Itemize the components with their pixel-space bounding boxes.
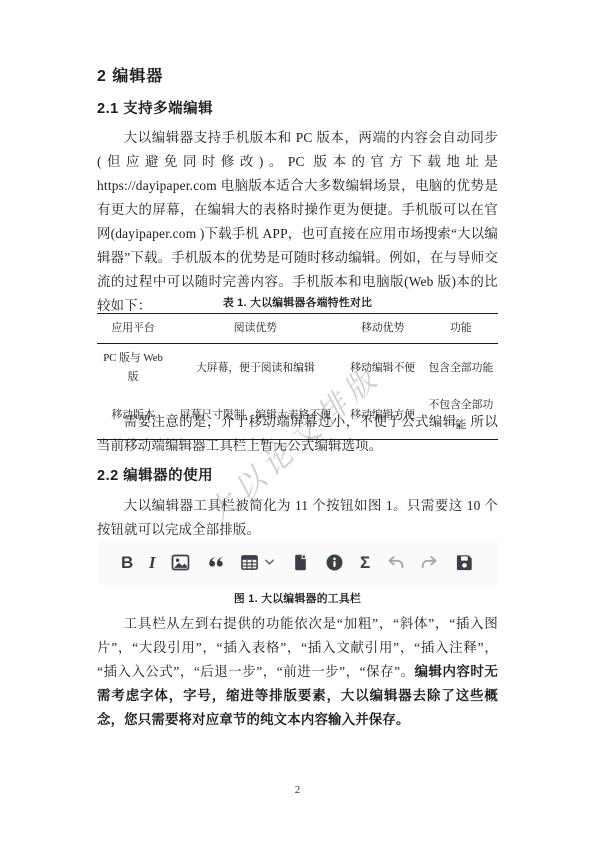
blockquote-icon [206,553,225,572]
insert-table-group [240,553,275,572]
section-2-1-paragraph: 大以编辑器支持手机版本和 PC 版本，两端的内容会自动同步(但应避免同时修改)。… [97,126,498,318]
italic-button-icon: I [149,554,156,571]
table-row: PC 版与 Web 版 大屏幕，便于阅读和编辑 移动编辑不便 包含全部功能 [97,344,498,393]
redo-icon [420,553,439,572]
toolbar-description-paragraph: 工具栏从左到右提供的功能依次是“加粗”，“斜体”，“插入图片”，“大段引用”，“… [97,612,498,732]
page-number: 2 [0,784,595,796]
insert-table-icon [240,553,259,572]
table-header-mobility: 移动优势 [342,314,424,344]
undo-icon [386,553,405,572]
table-cell: PC 版与 Web 版 [97,344,169,393]
table-header-row: 应用平台 阅读优势 移动优势 功能 [97,314,498,344]
insert-formula-icon: Σ [360,554,370,571]
insert-annotation-icon [325,553,344,572]
document-page: 大以论文排版 2 编辑器 2.1 支持多端编辑 大以编辑器支持手机版本和 PC … [0,0,595,842]
chevron-down-icon [264,557,275,568]
table-cell: 包含全部功能 [424,344,498,393]
insert-citation-icon [291,553,310,572]
section-2-1-heading: 2.1 支持多端编辑 [97,97,498,118]
table-cell: 大屏幕，便于阅读和编辑 [169,344,341,393]
editor-toolbar-figure: B I [97,540,498,585]
table-cell: 移动编辑不便 [342,344,424,393]
section-2-2-paragraph: 大以编辑器工具栏被简化为 11 个按钮如图 1。只需要这 10 个按钮就可以完成… [97,494,498,542]
save-icon [455,553,474,572]
table-header-platform: 应用平台 [97,314,169,344]
figure-1-caption: 图 1. 大以编辑器的工具栏 [97,591,498,606]
table-header-reading: 阅读优势 [169,314,341,344]
note-paragraph: 需要注意的是，介于移动端屏幕过小，不便于公式编辑，所以当前移动端编辑器工具栏上暂… [97,410,498,458]
chapter-heading: 2 编辑器 [97,63,498,86]
table-1-caption: 表 1. 大以编辑器各端特性对比 [97,295,498,310]
section-2-2-heading: 2.2 编辑器的使用 [97,464,498,485]
bold-button-icon: B [121,554,133,571]
table-header-features: 功能 [424,314,498,344]
insert-image-icon [171,553,190,572]
